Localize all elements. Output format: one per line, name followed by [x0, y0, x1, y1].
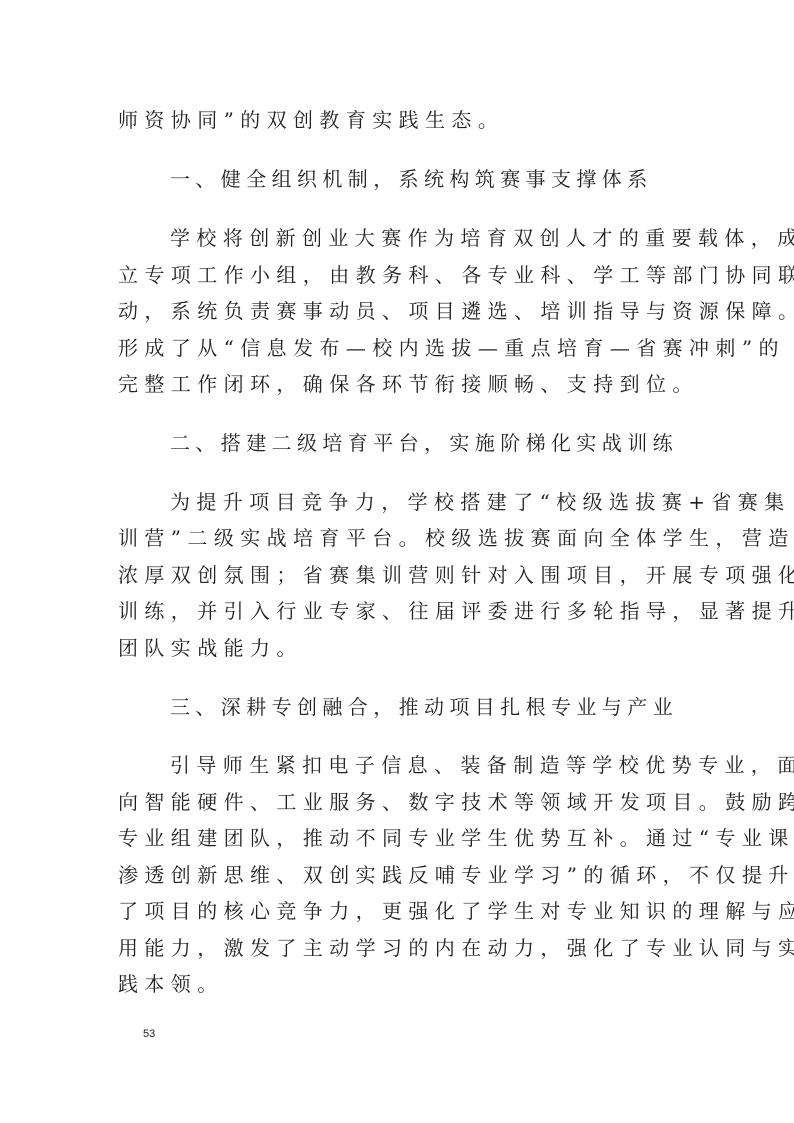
paragraph-line: 团队实战能力。 [118, 635, 303, 661]
paragraph-line: 训营”二级实战培育平台。校级选拔赛面向全体学生，营造 [118, 525, 794, 551]
paragraph-line: 向智能硬件、工业服务、数字技术等领域开发项目。鼓励跨 [118, 789, 794, 815]
paragraph-line: 浓厚双创氛围；省赛集训营则针对入围项目，开展专项强化 [118, 562, 794, 588]
paragraph-line: 引导师生紧扣电子信息、装备制造等学校优势专业，面 [170, 752, 794, 778]
section-heading-2: 二、搭建二级培育平台，实施阶梯化实战训练 [170, 430, 678, 456]
paragraph-line: 渗透创新思维、双创实践反哺专业学习”的循环，不仅提升 [118, 862, 794, 888]
paragraph-line: 用能力，激发了主动学习的内在动力，强化了专业认同与实 [118, 935, 794, 961]
paragraph-line: 学校将创新创业大赛作为培育双创人才的重要载体，成 [170, 225, 794, 251]
paragraph-line: 训练，并引入行业专家、往届评委进行多轮指导，显著提升 [118, 598, 794, 624]
paragraph-line: 立专项工作小组，由教务科、各专业科、学工等部门协同联 [118, 262, 794, 288]
paragraph-line: 了项目的核心竞争力，更强化了学生对专业知识的理解与应 [118, 898, 794, 924]
paragraph-line: 形成了从“信息发布—校内选拔—重点培育—省赛冲刺”的 [118, 335, 785, 361]
page-number: 53 [143, 1028, 155, 1040]
paragraph-line: 专业组建团队，推动不同专业学生优势互补。通过“专业课 [118, 825, 794, 851]
paragraph-line: 为提升项目竞争力，学校搭建了“校级选拔赛+省赛集 [170, 489, 791, 515]
paragraph-line: 动，系统负责赛事动员、项目遴选、培训指导与资源保障。 [118, 298, 794, 324]
section-heading-3: 三、深耕专创融合，推动项目扎根专业与产业 [170, 694, 678, 720]
paragraph-line: 践本领。 [118, 971, 224, 997]
paragraph-line: 完整工作闭环，确保各环节衔接顺畅、支持到位。 [118, 371, 699, 397]
section-heading-1: 一、健全组织机制，系统构筑赛事支撑体系 [170, 166, 653, 192]
intro-tail-line: 师资协同”的双创教育实践生态。 [118, 107, 504, 133]
